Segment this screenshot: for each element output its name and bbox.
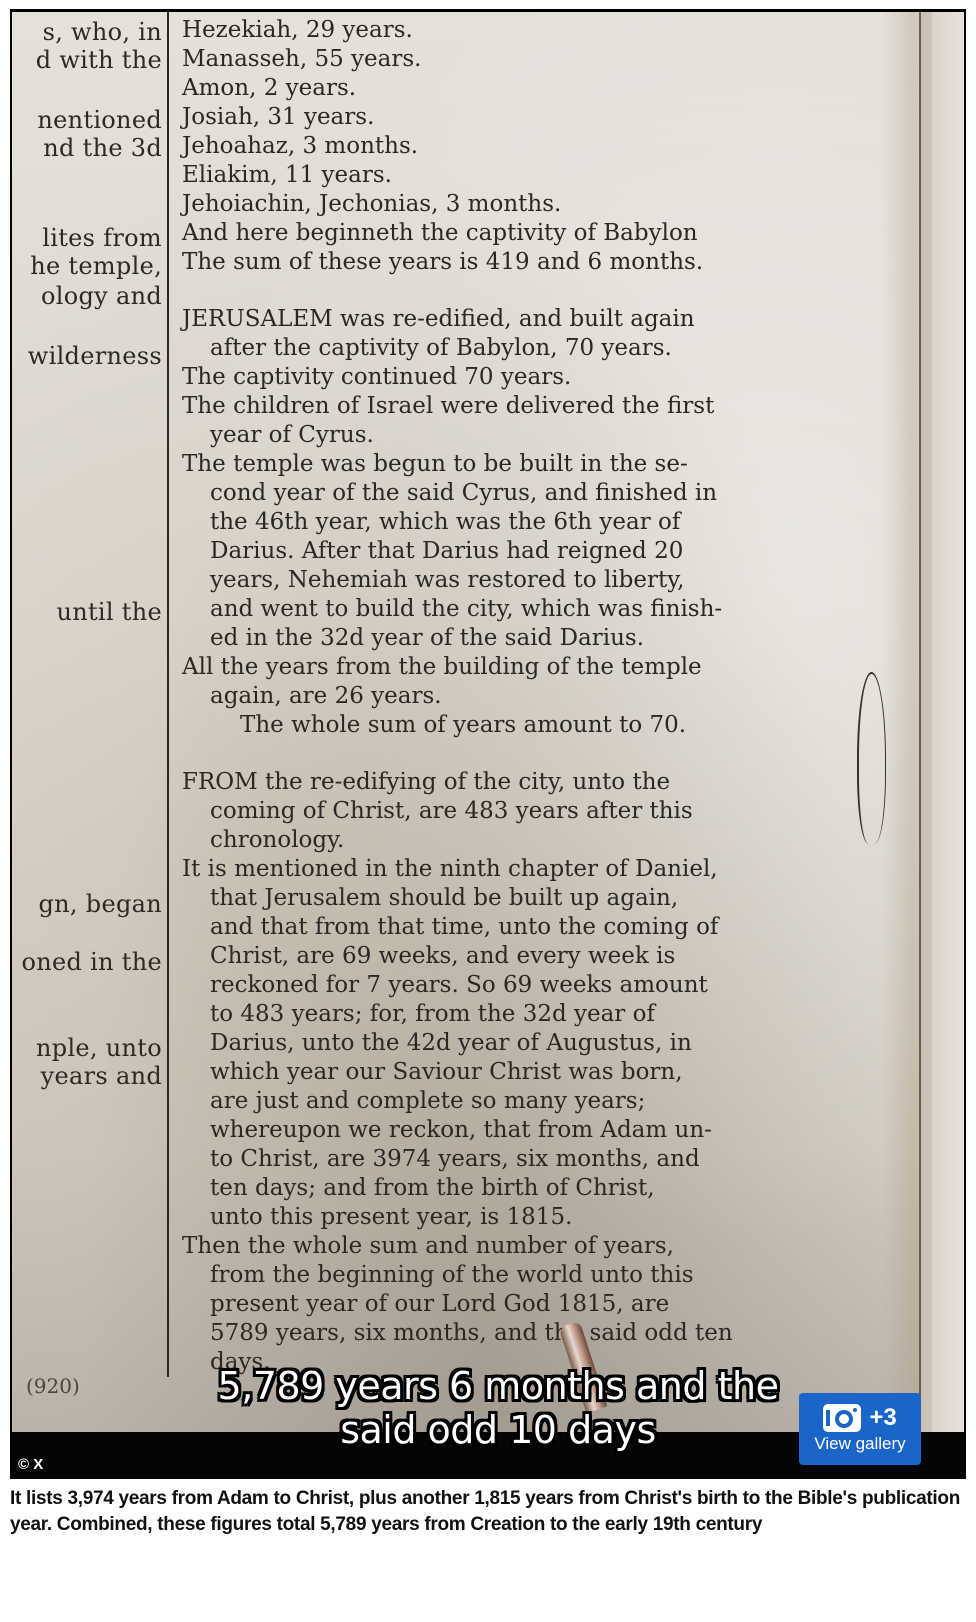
- text-line: Darius. After that Darius had reigned 20: [182, 537, 752, 566]
- text-line: The children of Israel were delivered th…: [182, 392, 752, 421]
- text-line: JERUSALEM was re-edified, and built agai…: [182, 305, 752, 334]
- margin-fragment: d with the: [12, 46, 162, 74]
- bible-page-image: s, who, ind with thenentionednd the 3dli…: [12, 12, 964, 1432]
- gutter-shadow: [882, 12, 932, 1432]
- text-line: Josiah, 31 years.: [182, 103, 752, 132]
- text-line: It is mentioned in the ninth chapter of …: [182, 855, 752, 884]
- gallery-button-top: +3: [823, 1404, 896, 1432]
- text-line: Eliakim, 11 years.: [182, 161, 752, 190]
- text-line: whereupon we reckon, that from Adam un-: [182, 1116, 752, 1145]
- text-line: from the beginning of the world unto thi…: [182, 1261, 752, 1290]
- margin-fragment: gn, began: [12, 890, 162, 918]
- text-line: coming of Christ, are 483 years after th…: [182, 797, 752, 826]
- gutter-line: [919, 12, 921, 1432]
- text-line: Jehoiachin, Jechonias, 3 months.: [182, 190, 752, 219]
- text-line: to 483 years; for, from the 32d year of: [182, 1000, 752, 1029]
- margin-fragment: nentioned: [12, 106, 162, 134]
- text-line: 5789 years, six months, and the said odd…: [182, 1319, 752, 1348]
- text-line: years, Nehemiah was restored to liberty,: [182, 566, 752, 595]
- loose-thread: [857, 672, 886, 844]
- text-line: The sum of these years is 419 and 6 mont…: [182, 248, 752, 277]
- margin-fragment: until the: [12, 598, 162, 626]
- text-line: All the years from the building of the t…: [182, 653, 752, 682]
- margin-fragment: years and: [12, 1062, 162, 1090]
- text-line: after the captivity of Babylon, 70 years…: [182, 334, 752, 363]
- text-line: ten days; and from the birth of Christ,: [182, 1174, 752, 1203]
- text-line: ed in the 32d year of the said Darius.: [182, 624, 752, 653]
- column-rule: [167, 12, 169, 1377]
- margin-fragment: he temple,: [12, 252, 162, 280]
- photo-credit: © X: [18, 1456, 43, 1473]
- text-line: chronology.: [182, 826, 752, 855]
- text-line: again, are 26 years.: [182, 682, 752, 711]
- text-line: and went to build the city, which was fi…: [182, 595, 752, 624]
- text-line: The captivity continued 70 years.: [182, 363, 752, 392]
- text-line: Then the whole sum and number of years,: [182, 1232, 752, 1261]
- text-line: And here beginneth the captivity of Baby…: [182, 219, 752, 248]
- text-line: reckoned for 7 years. So 69 weeks amount: [182, 971, 752, 1000]
- gallery-count: +3: [869, 1404, 896, 1432]
- text-line: the 46th year, which was the 6th year of: [182, 508, 752, 537]
- text-line: to Christ, are 3974 years, six months, a…: [182, 1145, 752, 1174]
- text-line: and that from that time, unto the coming…: [182, 913, 752, 942]
- text-line: year of Cyrus.: [182, 421, 752, 450]
- text-line: The temple was begun to be built in the …: [182, 450, 752, 479]
- text-line: unto this present year, is 1815.: [182, 1203, 752, 1232]
- margin-fragment: s, who, in: [12, 18, 162, 46]
- margin-fragment: wilderness: [12, 342, 162, 370]
- paragraph-gap: [182, 277, 752, 305]
- view-gallery-button[interactable]: +3 View gallery: [799, 1393, 921, 1465]
- camera-icon: [823, 1404, 861, 1432]
- text-line: Christ, are 69 weeks, and every week is: [182, 942, 752, 971]
- text-line: Jehoahaz, 3 months.: [182, 132, 752, 161]
- margin-fragment: nple, unto: [12, 1034, 162, 1062]
- text-line: are just and complete so many years;: [182, 1087, 752, 1116]
- margin-fragment: lites from: [12, 224, 162, 252]
- paragraph-gap: [182, 740, 752, 768]
- text-line: Amon, 2 years.: [182, 74, 752, 103]
- text-line: that Jerusalem should be built up again,: [182, 884, 752, 913]
- image-caption: It lists 3,974 years from Adam to Christ…: [10, 1486, 960, 1538]
- text-line: The whole sum of years amount to 70.: [182, 711, 752, 740]
- text-line: present year of our Lord God 1815, are: [182, 1290, 752, 1319]
- text-line: Darius, unto the 42d year of Augustus, i…: [182, 1029, 752, 1058]
- margin-fragment: oned in the: [12, 948, 162, 976]
- text-line: which year our Saviour Christ was born,: [182, 1058, 752, 1087]
- text-line: cond year of the said Cyrus, and finishe…: [182, 479, 752, 508]
- text-line: Hezekiah, 29 years.: [182, 16, 752, 45]
- text-line: FROM the re-edifying of the city, unto t…: [182, 768, 752, 797]
- gallery-label: View gallery: [814, 1434, 905, 1454]
- margin-fragment: nd the 3d: [12, 134, 162, 162]
- text-line: Manasseh, 55 years.: [182, 45, 752, 74]
- article-photo[interactable]: s, who, ind with thenentionednd the 3dli…: [10, 9, 966, 1479]
- chronology-text: Hezekiah, 29 years.Manasseh, 55 years.Am…: [182, 16, 752, 1377]
- margin-fragment: ology and: [12, 282, 162, 310]
